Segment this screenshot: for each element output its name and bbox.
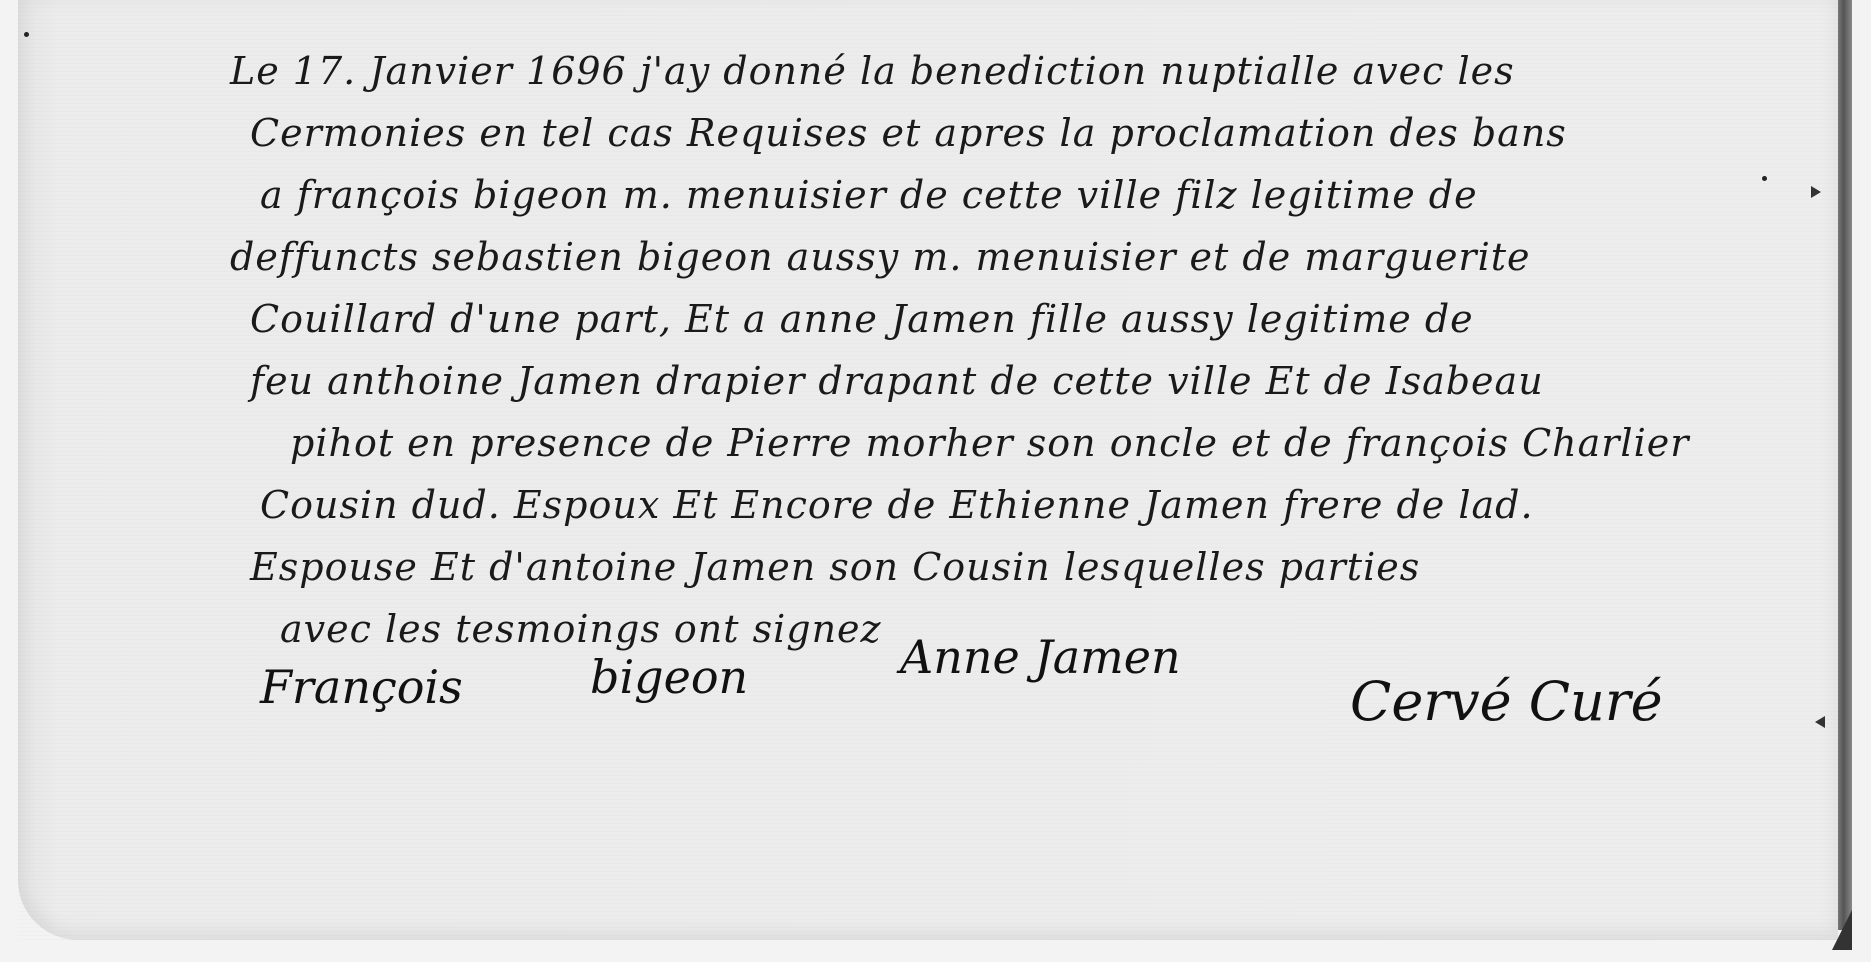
signature-block: François bigeon Anne Jamen Cervé Curé	[260, 630, 1760, 740]
entry-line: Cousin dud. Espoux Et Encore de Ethienne…	[220, 474, 1780, 536]
signature-groom-first-name: François	[260, 660, 463, 714]
book-spine	[1838, 0, 1852, 930]
entry-line: deffuncts sebastien bigeon aussy m. menu…	[220, 226, 1780, 288]
entry-line: Le 17. Janvier 1696 j'ay donné la benedi…	[220, 40, 1780, 102]
margin-arrow-mark	[1811, 186, 1821, 198]
register-entry-text: Le 17. Janvier 1696 j'ay donné la benedi…	[220, 40, 1780, 660]
entry-line: a françois bigeon m. menuisier de cette …	[220, 164, 1780, 226]
signature-bride: Anne Jamen	[900, 630, 1181, 684]
entry-line: feu anthoine Jamen drapier drapant de ce…	[220, 350, 1780, 412]
signature-priest: Cervé Curé	[1350, 670, 1663, 733]
signature-groom-surname: bigeon	[590, 650, 748, 704]
ink-dot	[24, 32, 29, 37]
entry-line: Couillard d'une part, Et a anne Jamen fi…	[220, 288, 1780, 350]
entry-line: pihot en presence de Pierre morher son o…	[220, 412, 1780, 474]
entry-line: Cermonies en tel cas Requises et apres l…	[220, 102, 1780, 164]
entry-line: Espouse Et d'antoine Jamen son Cousin le…	[220, 536, 1780, 598]
margin-arrow-mark	[1815, 716, 1825, 728]
